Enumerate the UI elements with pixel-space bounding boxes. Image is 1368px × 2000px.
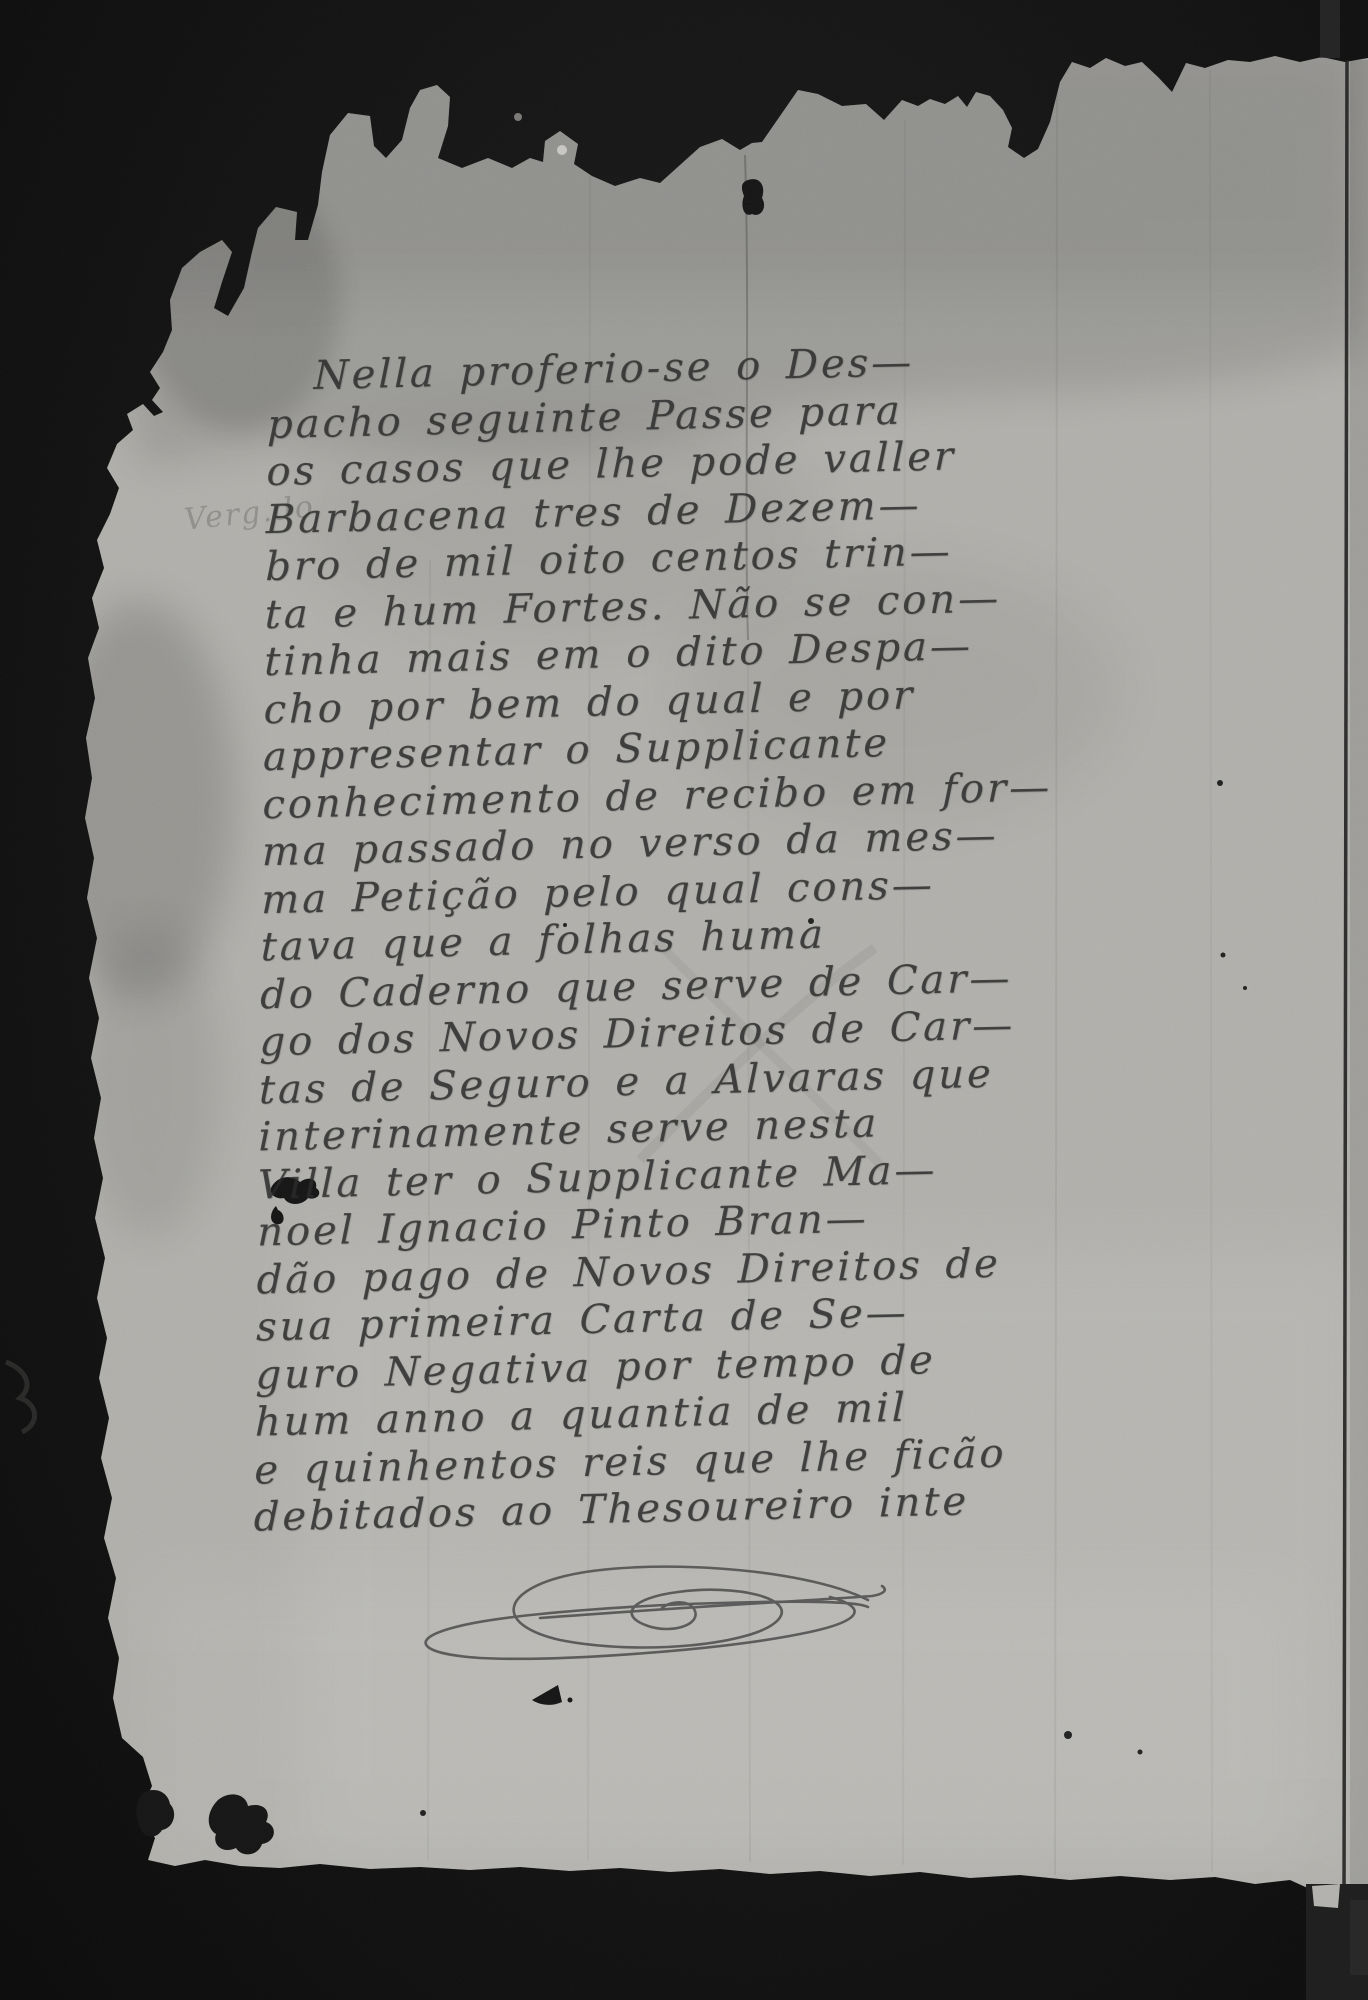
scanned-manuscript-photo: Verg.do Nella proferio-se o Des—pacho se… — [0, 0, 1368, 2000]
manuscript-text-block: Nella proferio-se o Des—pacho seguinte P… — [253, 334, 1167, 1543]
